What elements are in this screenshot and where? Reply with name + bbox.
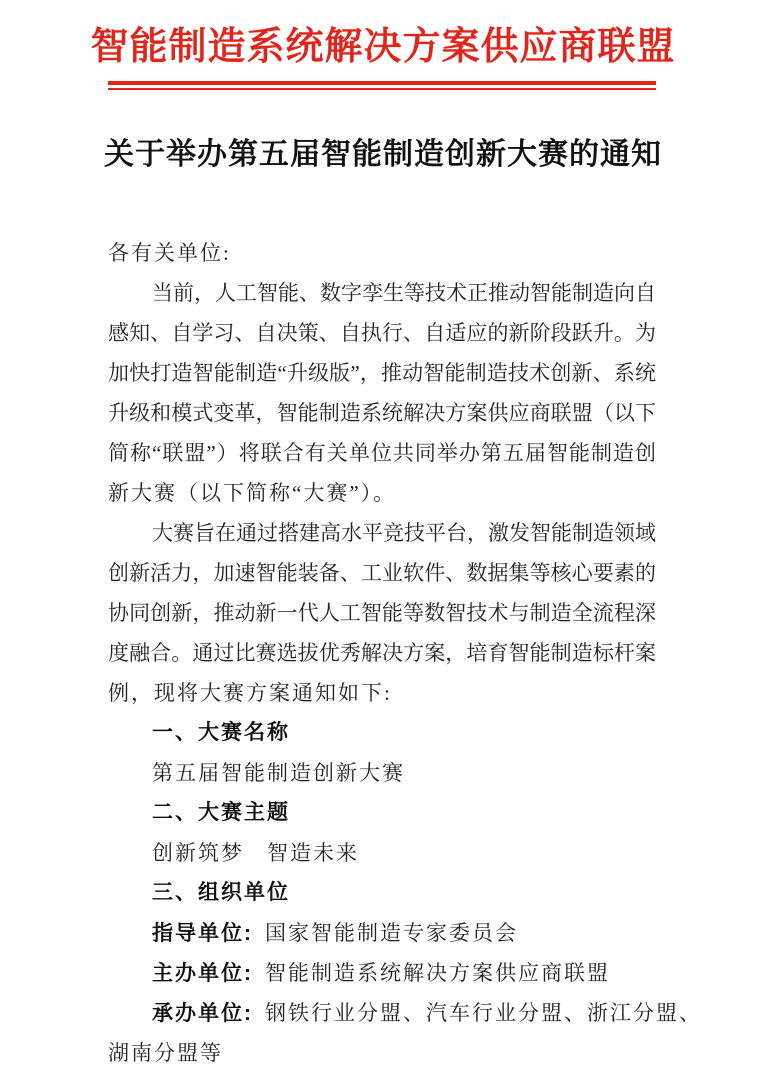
paragraph2-line-5: 例，现将大赛方案通知如下: (108, 673, 656, 713)
paragraph1-line-4: 升级和模式变革，智能制造系统解决方案供应商联盟（以下 (108, 393, 656, 433)
letterhead-double-rule (108, 81, 656, 90)
paragraph1-line-1: 当前，人工智能、数字孪生等技术正推动智能制造向自 (108, 273, 656, 313)
section-content-competition-name: 第五届智能制造创新大赛 (108, 753, 656, 793)
paragraph1-line-3: 加快打造智能制造“升级版”，推动智能制造技术创新、系统 (108, 353, 656, 393)
organizer-host-label: 主办单位: (152, 962, 253, 985)
paragraph1-line-5: 简称“联盟”）将联合有关单位共同举办第五届智能制造创 (108, 433, 656, 473)
document-page: 智能制造系统解决方案供应商联盟 关于举办第五届智能制造创新大赛的通知 各有关单位… (0, 0, 766, 1080)
organizer-undertaking-overflow: 湖南分盟等 (108, 1033, 656, 1073)
document-body: 各有关单位: 当前，人工智能、数字孪生等技术正推动智能制造向自 感知、自学习、自… (108, 233, 656, 1073)
section-content-competition-theme: 创新筑梦 智造未来 (108, 833, 656, 873)
paragraph2-line-4: 度融合。通过比赛选拔优秀解决方案，培育智能制造标杆案 (108, 633, 656, 673)
document-title: 关于举办第五届智能制造创新大赛的通知 (0, 135, 766, 175)
section-heading-competition-name: 一、大赛名称 (108, 713, 656, 753)
organizer-guidance-unit: 指导单位:国家智能制造专家委员会 (108, 913, 656, 953)
salutation: 各有关单位: (108, 233, 656, 273)
paragraph2-line-2: 创新活力，加速智能装备、工业软件、数据集等核心要素的 (108, 553, 656, 593)
section-heading-organizing-units: 三、组织单位 (108, 873, 656, 913)
paragraph1-line-2: 感知、自学习、自决策、自执行、自适应的新阶段跃升。为 (108, 313, 656, 353)
letterhead-banner: 智能制造系统解决方案供应商联盟 (0, 24, 766, 70)
organizer-undertaking-value: 钢铁行业分盟、汽车行业分盟、浙江分盟、 (265, 1001, 702, 1025)
organizer-host-value: 智能制造系统解决方案供应商联盟 (265, 961, 610, 985)
section-heading-competition-theme: 二、大赛主题 (108, 793, 656, 833)
organizer-guidance-label: 指导单位: (152, 922, 253, 945)
organizer-undertaking-unit: 承办单位:钢铁行业分盟、汽车行业分盟、浙江分盟、 (108, 993, 656, 1033)
paragraph2-line-3: 协同创新，推动新一代人工智能等数智技术与制造全流程深 (108, 593, 656, 633)
paragraph2-line-1: 大赛旨在通过搭建高水平竞技平台，激发智能制造领域 (108, 513, 656, 553)
paragraph1-line-6: 新大赛（以下简称“大赛”）。 (108, 473, 656, 513)
organizer-undertaking-label: 承办单位: (152, 1002, 253, 1025)
organizer-host-unit: 主办单位:智能制造系统解决方案供应商联盟 (108, 953, 656, 993)
organizer-guidance-value: 国家智能制造专家委员会 (265, 921, 518, 945)
